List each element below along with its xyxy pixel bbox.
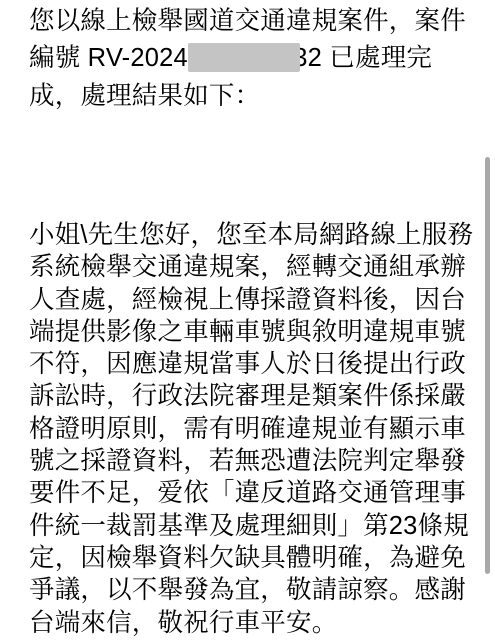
text-line: 要件不足，爱依「違反道路交通管理事	[29, 477, 484, 509]
case-number-prefix: 編號 RV-20240	[29, 44, 202, 72]
text-line: 小姐\先生您好，您至本局網路線上服務	[29, 219, 484, 251]
text-line: 不符，因應違規當事人於日後提出行政	[29, 348, 484, 380]
redaction-box	[188, 43, 300, 72]
text-line: 爭議，以不舉發為宜，敬請諒察。感謝	[29, 574, 484, 606]
text-line: 號之採證資料，若無恐遭法院判定舉發	[29, 445, 484, 477]
text-line: 您以線上檢舉國道交通違規案件，案件	[29, 3, 484, 40]
text-line: 定，因檢舉資料欠缺具體明確，為避免	[29, 542, 484, 574]
text-line-case-number: 編號 RV-2024032 已處理完	[29, 40, 484, 77]
text-line: 系統檢舉交通違規案，經轉交通組承辦	[29, 251, 484, 283]
text-line: 件統一裁罰基準及處理細則」第23條規	[29, 510, 484, 542]
case-number-suffix: 32 已處理完	[293, 44, 432, 72]
scrollbar-thumb[interactable]	[485, 157, 490, 574]
text-line: 台端來信，敬祝行車平安。	[29, 607, 484, 639]
case-summary-paragraph: 您以線上檢舉國道交通違規案件，案件 編號 RV-2024032 已處理完 成，處…	[29, 3, 484, 115]
text-line: 成，處理結果如下：	[29, 78, 484, 115]
text-line: 端提供影像之車輛車號與敘明違規車號	[29, 316, 484, 348]
message-page: 您以線上檢舉國道交通違規案件，案件 編號 RV-2024032 已處理完 成，處…	[0, 0, 495, 640]
text-line: 格證明原則，需有明確違規並有顯示車	[29, 413, 484, 445]
result-message-paragraph: 小姐\先生您好，您至本局網路線上服務 系統檢舉交通違規案，經轉交通組承辦 人查處…	[29, 219, 484, 639]
text-line: 人查處，經檢視上傳採證資料後，因台	[29, 284, 484, 316]
text-line: 訴訟時，行政法院審理是類案件係採嚴	[29, 380, 484, 412]
